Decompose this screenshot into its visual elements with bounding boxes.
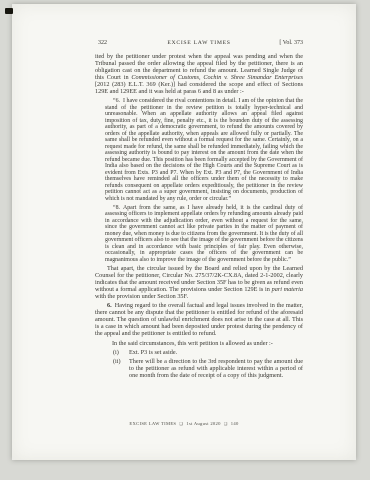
having-regard-text: Having regard to the overall factual and… bbox=[95, 302, 303, 337]
page: 322 EXCISE LAW TIMES [ Vol. 373 ited by … bbox=[12, 4, 356, 460]
journal-title: EXCISE LAW TIMES bbox=[167, 40, 230, 46]
list-item-label: (ii) bbox=[113, 359, 129, 380]
quoted-paragraph-8: “8. Apart from the same, as I have alrea… bbox=[105, 205, 303, 264]
list-item-text: There will be a direction to the 3rd res… bbox=[129, 359, 303, 380]
quoted-paragraph-6: “6. I have considered the rival contenti… bbox=[105, 98, 303, 202]
footer-date: 1st August 2020 bbox=[186, 421, 220, 426]
page-number: 322 bbox=[98, 40, 107, 46]
volume-label: [ Vol. 373 bbox=[279, 40, 303, 46]
list-item: (ii) There will be a direction to the 3r… bbox=[113, 359, 303, 380]
list-item-label: (i) bbox=[113, 350, 129, 357]
page-footer: EXCISE LAW TIMES❏1st August 2020❏140 bbox=[12, 421, 356, 426]
paragraph-that-apart: That apart, the circular issued by the B… bbox=[95, 266, 303, 301]
paragraph-circumstances: In the said circumstances, this writ pet… bbox=[95, 341, 303, 348]
list-item-text: Ext. P3 is set aside. bbox=[129, 350, 303, 357]
paragraph-intro: ited by the petitioner under protest whe… bbox=[95, 54, 303, 95]
square-bullet-icon: ❏ bbox=[179, 421, 183, 426]
scan-artifact bbox=[5, 8, 13, 14]
footer-journal: EXCISE LAW TIMES bbox=[129, 421, 176, 426]
page-body: ited by the petitioner under protest whe… bbox=[95, 54, 303, 383]
square-bullet-icon: ❏ bbox=[224, 421, 228, 426]
that-apart-text-after: with the provision under Section 35F. bbox=[95, 293, 188, 300]
paragraph-having-regard: 6. Having regard to the overall factual … bbox=[95, 303, 303, 338]
list-item: (i) Ext. P3 is set aside. bbox=[113, 350, 303, 357]
page-header: 322 EXCISE LAW TIMES [ Vol. 373 bbox=[95, 40, 303, 48]
order-list: (i) Ext. P3 is set aside. (ii) There wil… bbox=[113, 350, 303, 380]
footer-page-ref: 140 bbox=[231, 421, 239, 426]
intro-text-after: [2012 (283) E.L.T. 369 (Ker.)] had consi… bbox=[95, 81, 303, 95]
document-scan: 322 EXCISE LAW TIMES [ Vol. 373 ited by … bbox=[0, 0, 370, 480]
latin-phrase: pari materia bbox=[272, 286, 303, 293]
